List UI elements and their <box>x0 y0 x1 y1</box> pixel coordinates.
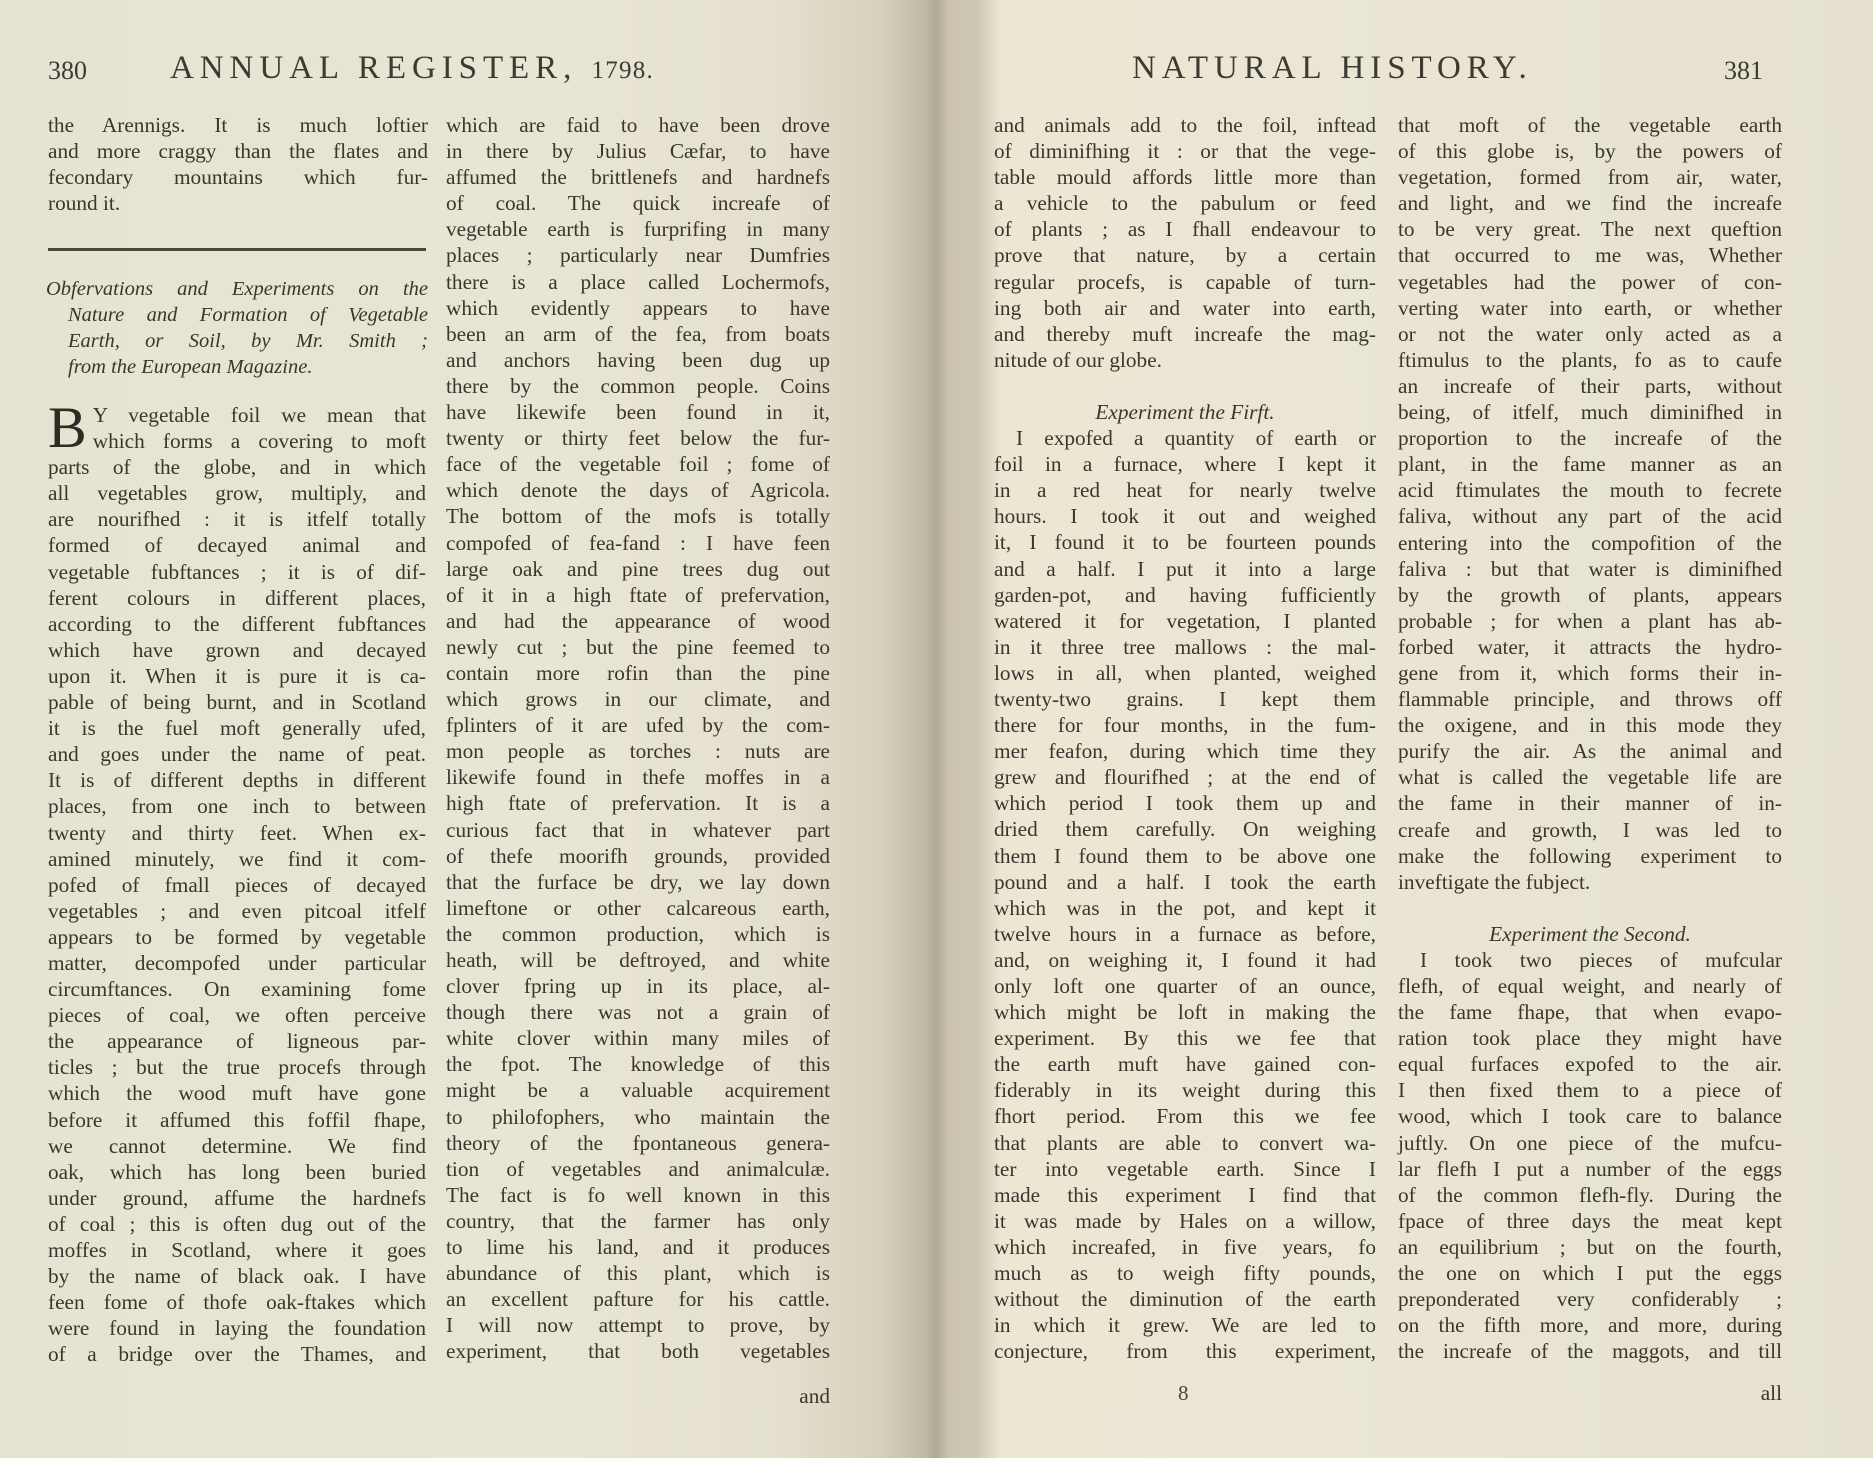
text-line: or not the water only acted as a <box>1398 321 1782 347</box>
text-line: white clover within many miles of <box>446 1025 830 1051</box>
text-line: Obfervations and Experiments on the <box>46 276 428 302</box>
text-line: before it affumed this foffil fhape, <box>48 1107 426 1133</box>
text-line: in there by Julius Cæfar, to have <box>446 138 830 164</box>
text-line: of diminifhing it : or that the vege- <box>994 138 1376 164</box>
text-line: twenty-two grains. I kept them <box>994 686 1376 712</box>
text-line: compofed of fea-fand : I have feen <box>446 530 830 556</box>
text-line: have likewife been found in it, <box>446 399 830 425</box>
text-line: hours. I took it out and weighed <box>994 503 1376 529</box>
text-line: inveftigate the fubject. <box>1398 869 1782 895</box>
text-line: and a half. I put it into a large <box>994 556 1376 582</box>
text-line: lar flefh I put a number of the eggs <box>1398 1156 1782 1182</box>
text-line: what is called the vegetable life are <box>1398 764 1782 790</box>
text-line: faliva : but that water is diminifhed <box>1398 556 1782 582</box>
text-line: grew and flourifhed ; at the end of <box>994 764 1376 790</box>
running-head: NATURAL HISTORY. <box>1132 50 1533 94</box>
text-line: ing both air and water into earth, <box>994 295 1376 321</box>
text-line: which are faid to have been drove <box>446 112 830 138</box>
text-line: formed of decayed animal and <box>48 532 426 558</box>
text-line: there is a place called Lochermofs, <box>446 269 830 295</box>
left-column-2: which are faid to have been drovein ther… <box>446 112 830 1365</box>
text-line: ration took place they might have <box>1398 1025 1782 1051</box>
text-line: been an arm of the fea, from boats <box>446 321 830 347</box>
text-line: amined minutely, we find it com- <box>48 846 426 872</box>
text-line: of it in a high ftate of prefervation, <box>446 582 830 608</box>
text-line: of thefe moorifh grounds, provided <box>446 843 830 869</box>
text-line: twenty and thirty feet. When ex- <box>48 820 426 846</box>
text-line: abundance of this plant, which is <box>446 1260 830 1286</box>
text-line: it was made by Hales on a willow, <box>994 1208 1376 1234</box>
catchword-left: and <box>446 1383 830 1409</box>
text-line: vegetables had the power of con- <box>1398 269 1782 295</box>
book-spread: 380 ANNUAL REGISTER, 1798. the Arennigs.… <box>0 0 1873 1458</box>
text-line: conjecture, from this experiment, <box>994 1338 1376 1364</box>
text-line: entering into the compofition of the <box>1398 530 1782 556</box>
text-line: in it three tree mallows : the mal- <box>994 634 1376 660</box>
text-line: mon people as torches : nuts are <box>446 738 830 764</box>
text-line: being, of itfelf, much diminifhed in <box>1398 399 1782 425</box>
text-line: ferent colours in different places, <box>48 585 426 611</box>
text-line: newly cut ; but the pine feemed to <box>446 634 830 660</box>
text-line: and, on weighing it, I found it had <box>994 947 1376 973</box>
text-line: vegetable earth is furprifing in many <box>446 216 830 242</box>
text-line: of coal. The quick increafe of <box>446 190 830 216</box>
text-line: flefh, of equal weight, and nearly of <box>1398 973 1782 999</box>
subhead-experiment-first: Experiment the Firft. <box>994 399 1376 425</box>
text-line: and more craggy than the flates and <box>48 138 428 164</box>
text-line: probable ; for when a plant has ab- <box>1398 608 1782 634</box>
text-line: and animals add to the foil, inftead <box>994 112 1376 138</box>
text-line: the Arennigs. It is much loftier <box>48 112 428 138</box>
text-line: the fpot. The knowledge of this <box>446 1051 830 1077</box>
text-line: circumftances. On examining fome <box>48 976 426 1002</box>
text-line: affumed the brittlenefs and hardnefs <box>446 164 830 190</box>
subhead-experiment-second: Experiment the Second. <box>1398 921 1782 947</box>
text-line: It is of different depths in different <box>48 767 426 793</box>
text-line: the oxigene, and in this mode they <box>1398 712 1782 738</box>
text-line: according to the different fubftances <box>48 611 426 637</box>
text-line: preponderated very confiderably ; <box>1398 1286 1782 1312</box>
text-line: under ground, affume the hardnefs <box>48 1185 426 1211</box>
text-line: which grows in our climate, and <box>446 686 830 712</box>
text-line: the earth muft have gained con- <box>994 1051 1376 1077</box>
text-line: feen fome of thofe oak-ftakes which <box>48 1289 426 1315</box>
text-line: tion of vegetables and animalculæ. <box>446 1156 830 1182</box>
text-line: dried them carefully. On weighing <box>994 816 1376 842</box>
text-line: verting water into earth, or whether <box>1398 295 1782 321</box>
text-line: and anchors having been dug up <box>446 347 830 373</box>
text-line: foil in a furnace, where I kept it <box>994 451 1376 477</box>
text-line: acid ftimulates the mouth to fecrete <box>1398 477 1782 503</box>
text-line: all vegetables grow, multiply, and <box>48 480 426 506</box>
text-line: Y vegetable foil we mean that <box>48 402 426 428</box>
text-line: and light, and we find the increafe <box>1398 190 1782 216</box>
text-line: fhort period. From this we fee <box>994 1103 1376 1129</box>
text-line: moffes in Scotland, where it goes <box>48 1237 426 1263</box>
text-line: on the fifth more, and more, during <box>1398 1312 1782 1338</box>
text-line: were found in laying the foundation <box>48 1315 426 1341</box>
text-line: contain more rofin than the pine <box>446 660 830 686</box>
text-line: Nature and Formation of Vegetable <box>46 302 428 328</box>
text-line: of plants ; as I fhall endeavour to <box>994 216 1376 242</box>
running-head-title: ANNUAL REGISTER, <box>170 50 577 86</box>
text-line: are nourifhed : it is itfelf totally <box>48 506 426 532</box>
text-line: which have grown and decayed <box>48 637 426 663</box>
text-line: which was in the pot, and kept it <box>994 895 1376 921</box>
text-line: an equilibrium ; but on the fourth, <box>1398 1234 1782 1260</box>
text-line: vegetable fubftances ; it is of dif- <box>48 559 426 585</box>
text-line: which the wood muft have gone <box>48 1080 426 1106</box>
text-line: the increafe of the maggots, and till <box>1398 1338 1782 1364</box>
text-line: country, that the farmer has only <box>446 1208 830 1234</box>
text-line: prove that nature, by a certain <box>994 242 1376 268</box>
text-line: proportion to the increafe of the <box>1398 425 1782 451</box>
section-rule <box>48 248 426 251</box>
text-line: much as to weigh fifty pounds, <box>994 1260 1376 1286</box>
text-line: curious fact that in whatever part <box>446 817 830 843</box>
text-line: matter, decompofed under particular <box>48 950 426 976</box>
text-line: oak, which has long been buried <box>48 1159 426 1185</box>
text-line: to philofophers, who maintain the <box>446 1104 830 1130</box>
text-line: I expofed a quantity of earth or <box>994 425 1376 451</box>
text-line: table mould affords little more than <box>994 164 1376 190</box>
text-line: that plants are able to convert wa- <box>994 1130 1376 1156</box>
text-line: twelve hours in a furnace as before, <box>994 921 1376 947</box>
text-line: there for four months, in the fum- <box>994 712 1376 738</box>
text-line: made this experiment I find that <box>994 1182 1376 1208</box>
text-line: in which it grew. We are led to <box>994 1312 1376 1338</box>
text-line: gene from it, which forms their in- <box>1398 660 1782 686</box>
text-line: upon it. When it is pure it is ca- <box>48 663 426 689</box>
text-line: a vehicle to the pabulum or feed <box>994 190 1376 216</box>
page-number: 381 <box>1724 56 1763 86</box>
text-line: the fame in their manner of in- <box>1398 790 1782 816</box>
text-line: fplinters of it are ufed by the com- <box>446 712 830 738</box>
text-line: I will now attempt to prove, by <box>446 1312 830 1338</box>
text-line: parts of the globe, and in which <box>48 454 426 480</box>
text-line: from the European Magazine. <box>46 354 428 380</box>
text-line: which increafed, in five years, fo <box>994 1234 1376 1260</box>
text-line: to lime his land, and it produces <box>446 1234 830 1260</box>
text-line: the one on which I put the eggs <box>1398 1260 1782 1286</box>
text-line: plant, in the fame manner as an <box>1398 451 1782 477</box>
text-line: The fact is fo well known in this <box>446 1182 830 1208</box>
text-line: experiment. By this we fee that <box>994 1025 1376 1051</box>
running-head: ANNUAL REGISTER, 1798. <box>170 50 654 94</box>
text-line: which might be loft in making the <box>994 999 1376 1025</box>
text-line: twenty or thirty feet below the fur- <box>446 425 830 451</box>
text-line: and thereby muft increafe the mag- <box>994 321 1376 347</box>
text-line: that occurred to me was, Whether <box>1398 242 1782 268</box>
text-line: round it. <box>48 190 428 216</box>
text-line: large oak and pine trees dug out <box>446 556 830 582</box>
right-column-2: that moft of the vegetable earthof this … <box>1398 112 1782 1364</box>
text-line: it, I found it to be fourteen pounds <box>994 529 1376 555</box>
text-line: fpace of three days the meat kept <box>1398 1208 1782 1234</box>
text-line: appears to be formed by vegetable <box>48 924 426 950</box>
text-line: and goes under the name of peat. <box>48 741 426 767</box>
page-number: 380 <box>48 56 87 86</box>
text-line: make the following experiment to <box>1398 843 1782 869</box>
text-line: that the furface be dry, we lay down <box>446 869 830 895</box>
text-line: ter into vegetable earth. Since I <box>994 1156 1376 1182</box>
text-line: The bottom of the mofs is totally <box>446 503 830 529</box>
text-line: might be a valuable acquirement <box>446 1077 830 1103</box>
text-line: face of the vegetable foil ; fome of <box>446 451 830 477</box>
text-line: though there was not a grain of <box>446 999 830 1025</box>
text-line: of a bridge over the Thames, and <box>48 1341 426 1367</box>
text-line: places, from one inch to between <box>48 793 426 819</box>
text-line: of the common flefh-fly. During the <box>1398 1182 1782 1208</box>
text-line: which denote the days of Agricola. <box>446 477 830 503</box>
text-line: faliva, without any part of the acid <box>1398 503 1782 529</box>
text-line: pofed of fmall pieces of decayed <box>48 872 426 898</box>
text-line: regular procefs, is capable of turn- <box>994 269 1376 295</box>
text-line: that moft of the vegetable earth <box>1398 112 1782 138</box>
text-line: there by the common people. Coins <box>446 373 830 399</box>
text-line: forbed water, it attracts the hydro- <box>1398 634 1782 660</box>
text-line: fiderably in its weight during this <box>994 1077 1376 1103</box>
text-line: garden-pot, and having fufficiently <box>994 582 1376 608</box>
text-line: creafe and growth, I was led to <box>1398 817 1782 843</box>
text-line: Earth, or Soil, by Mr. Smith ; <box>46 328 428 354</box>
text-line: heath, will be deftroyed, and white <box>446 947 830 973</box>
text-line: pable of being burnt, and in Scotland <box>48 689 426 715</box>
article-body-left-col: B Y vegetable foil we mean thatwhich for… <box>48 402 426 1367</box>
text-line: fecondary mountains which fur- <box>48 164 428 190</box>
text-line: which period I took them up and <box>994 790 1376 816</box>
drop-cap: B <box>48 404 87 452</box>
text-line: I then fixed them to a piece of <box>1398 1077 1782 1103</box>
right-column-1: and animals add to the foil, infteadof d… <box>994 112 1376 1364</box>
text-line: of coal ; this is often dug out of the <box>48 1211 426 1237</box>
text-line: likewife found in thefe moffes in a <box>446 764 830 790</box>
running-head-year: 1798. <box>592 57 655 84</box>
text-line: in a red heat for nearly twelve <box>994 477 1376 503</box>
text-line: high ftate of prefervation. It is a <box>446 790 830 816</box>
text-line: the common production, which is <box>446 921 830 947</box>
text-line: them I found them to be above one <box>994 843 1376 869</box>
text-line: nitude of our globe. <box>994 347 1376 373</box>
left-column-1-intro: the Arennigs. It is much loftierand more… <box>48 112 428 216</box>
text-line: of this globe is, by the powers of <box>1398 138 1782 164</box>
text-line: juftly. On one piece of the mufcu- <box>1398 1130 1782 1156</box>
text-line: the fame fhape, that when evapo- <box>1398 999 1782 1025</box>
text-line: lows in all, when planted, weighed <box>994 660 1376 686</box>
text-line: clover fpring up in its place, al- <box>446 973 830 999</box>
text-line: which forms a covering to moft <box>48 428 426 454</box>
text-line: flammable principle, and throws off <box>1398 686 1782 712</box>
text-line: pound and a half. I took the earth <box>994 869 1376 895</box>
text-line: places ; particularly near Dumfries <box>446 242 830 268</box>
article-title: Obfervations and Experiments on theNatur… <box>46 276 428 380</box>
text-line: equal furfaces expofed to the air. <box>1398 1051 1782 1077</box>
text-line: vegetation, formed from air, water, <box>1398 164 1782 190</box>
text-line: mer feafon, during which time they <box>994 738 1376 764</box>
text-line: it is the fuel moft generally ufed, <box>48 715 426 741</box>
text-line: without the diminution of the earth <box>994 1286 1376 1312</box>
catchword-right: all <box>1398 1380 1782 1406</box>
text-line: purify the air. As the animal and <box>1398 738 1782 764</box>
left-page: 380 ANNUAL REGISTER, 1798. the Arennigs.… <box>0 0 920 1458</box>
text-line: watered it for vegetation, I planted <box>994 608 1376 634</box>
text-line: by the growth of plants, appears <box>1398 582 1782 608</box>
text-line: pieces of coal, we often perceive <box>48 1002 426 1028</box>
text-line: which evidently appears to have <box>446 295 830 321</box>
text-line: ticles ; but the true procefs through <box>48 1054 426 1080</box>
text-line: by the name of black oak. I have <box>48 1263 426 1289</box>
text-line: ftimulus to the plants, fo as to caufe <box>1398 347 1782 373</box>
right-page: NATURAL HISTORY. 381 and animals add to … <box>920 0 1873 1458</box>
text-line: limeftone or other calcareous earth, <box>446 895 830 921</box>
text-line: only loft one quarter of an ounce, <box>994 973 1376 999</box>
text-line: theory of the fpontaneous genera- <box>446 1130 830 1156</box>
text-line: vegetables ; and even pitcoal itfelf <box>48 898 426 924</box>
text-line: the appearance of ligneous par- <box>48 1028 426 1054</box>
text-line: we cannot determine. We find <box>48 1133 426 1159</box>
text-line: and had the appearance of wood <box>446 608 830 634</box>
text-line: experiment, that both vegetables <box>446 1338 830 1364</box>
text-line: I took two pieces of mufcular <box>1398 947 1782 973</box>
text-line: an excellent pafture for his cattle. <box>446 1286 830 1312</box>
text-line: to be very great. The next queftion <box>1398 216 1782 242</box>
signature-mark: 8 <box>1178 1381 1189 1406</box>
text-line: wood, which I took care to balance <box>1398 1103 1782 1129</box>
text-line: an increafe of their parts, without <box>1398 373 1782 399</box>
